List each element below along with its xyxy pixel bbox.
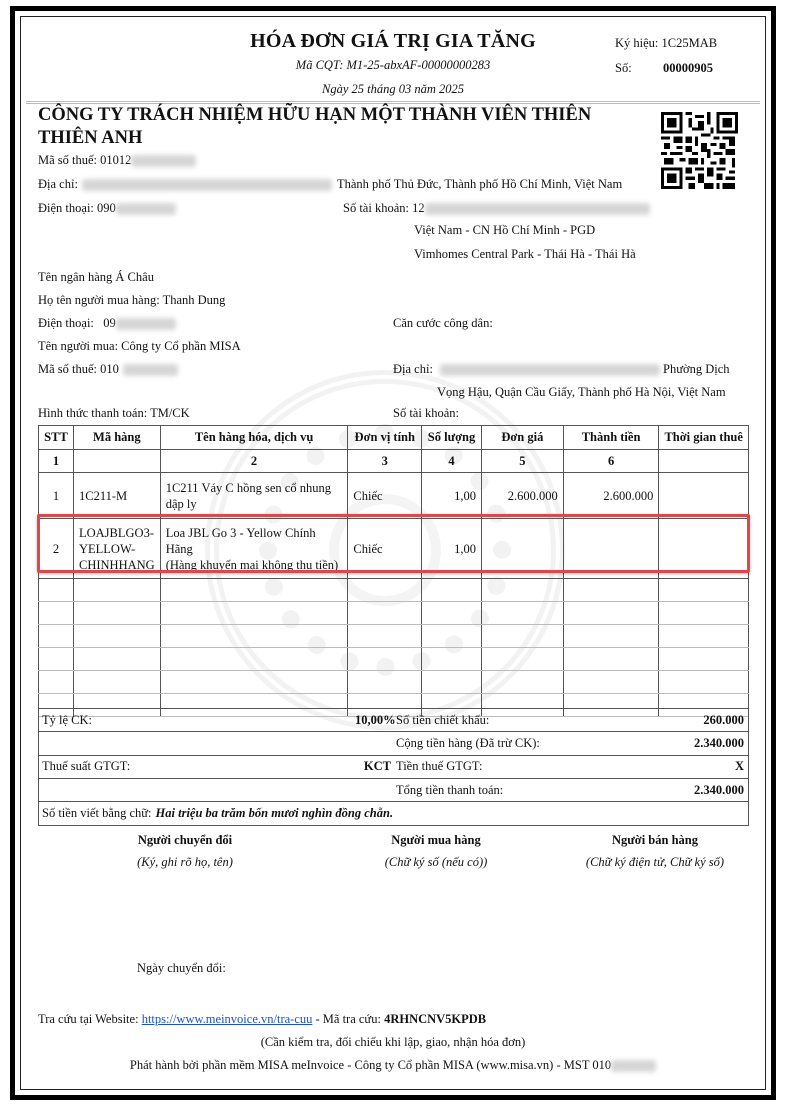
seller-account: Số tài khoản: 12 bbox=[343, 201, 650, 216]
column-header: Đơn giá bbox=[481, 426, 563, 450]
lookup-line: Tra cứu tại Website: https://www.meinvoi… bbox=[38, 1012, 486, 1027]
empty-cell bbox=[348, 579, 422, 602]
seller-company-name: CÔNG TY TRÁCH NHIỆM HỮU HẠN MỘT THÀNH VI… bbox=[38, 104, 648, 150]
cell-stt: 2 bbox=[39, 519, 74, 579]
cell-price bbox=[481, 519, 563, 579]
seller-phone: Điện thoại: 090 bbox=[38, 201, 176, 216]
discount-rate-value: 10,00% bbox=[355, 713, 391, 728]
item-name-line: dập ly bbox=[166, 496, 343, 512]
empty-cell bbox=[563, 602, 659, 625]
empty-cell bbox=[348, 671, 422, 694]
buyer-phone-text: Điện thoại: 09 bbox=[38, 316, 116, 330]
redacted-text bbox=[123, 364, 178, 376]
empty-cell bbox=[563, 625, 659, 648]
seller-tax-code: Mã số thuế: 01012 bbox=[38, 153, 196, 168]
empty-cell bbox=[422, 602, 482, 625]
subtotal-label: Cộng tiền hàng (Đã trừ CK): bbox=[391, 736, 628, 751]
qr-code-icon bbox=[661, 112, 738, 189]
empty-cell bbox=[73, 648, 160, 671]
empty-cell bbox=[39, 648, 74, 671]
column-header: Mã hàng bbox=[73, 426, 160, 450]
item-code-line: LOAJBLGO3- bbox=[79, 525, 155, 541]
column-header: Số lượng bbox=[422, 426, 482, 450]
empty-table-row bbox=[39, 602, 749, 625]
discount-amount-value: 260.000 bbox=[628, 713, 748, 728]
buyer-tax-code: Mã số thuế: 010 bbox=[38, 362, 178, 377]
total-label: Tổng tiền thanh toán: bbox=[391, 783, 628, 798]
redacted-text bbox=[82, 179, 332, 191]
invoice-number-label: Số: bbox=[615, 61, 632, 76]
column-header: Đơn vị tính bbox=[348, 426, 422, 450]
issuer-line: Phát hành bởi phần mềm MISA meInvoice - … bbox=[0, 1058, 786, 1073]
empty-cell bbox=[563, 648, 659, 671]
conversion-date: Ngày chuyển đổi: bbox=[137, 961, 226, 976]
redacted-text bbox=[425, 203, 650, 215]
empty-cell bbox=[659, 625, 749, 648]
cell-price: 2.600.000 bbox=[481, 473, 563, 519]
vat-rate-value: KCT bbox=[355, 759, 391, 774]
empty-rows bbox=[39, 579, 749, 717]
cell-rental bbox=[659, 519, 749, 579]
column-header: Thời gian thuê bbox=[659, 426, 749, 450]
seller-bank-line-1: Việt Nam - CN Hồ Chí Minh - PGD bbox=[414, 223, 595, 238]
cell-code: 1C211-M bbox=[73, 473, 160, 519]
amount-in-words-label: Số tiền viết bằng chữ: bbox=[39, 806, 152, 821]
empty-cell bbox=[422, 671, 482, 694]
empty-cell bbox=[422, 579, 482, 602]
empty-cell bbox=[160, 648, 348, 671]
empty-cell bbox=[73, 625, 160, 648]
cell-qty: 1,00 bbox=[422, 519, 482, 579]
seller-address: Thành phố Thủ Đức, Thành phố Hồ Chí Minh… bbox=[337, 177, 622, 192]
column-number bbox=[659, 450, 749, 473]
buyer-phone: Điện thoại: 09 bbox=[38, 316, 176, 331]
empty-cell bbox=[422, 625, 482, 648]
converter-title: Người chuyển đổi bbox=[105, 833, 265, 848]
column-number bbox=[73, 450, 160, 473]
buyer-signature-subtitle: (Chữ ký số (nếu có)) bbox=[356, 855, 516, 870]
column-number-row: 1 2 3 4 5 6 bbox=[39, 450, 749, 473]
cell-amount bbox=[563, 519, 659, 579]
empty-cell bbox=[481, 625, 563, 648]
buyer-citizen-id: Căn cước công dân: bbox=[393, 316, 493, 331]
cell-name: 1C211 Váy C hồng sen cổ nhung dập ly bbox=[160, 473, 348, 519]
buyer-tax-code-text: Mã số thuế: 010 bbox=[38, 362, 119, 376]
buyer-account: Số tài khoản: bbox=[393, 406, 459, 421]
empty-cell bbox=[160, 671, 348, 694]
empty-cell bbox=[160, 602, 348, 625]
seller-signature-subtitle: (Chữ ký điện tử, Chữ ký số) bbox=[555, 855, 755, 870]
seller-tax-code-text: Mã số thuế: 01012 bbox=[38, 153, 131, 167]
subtotal-value: 2.340.000 bbox=[628, 736, 748, 751]
item-name-line: Hãng bbox=[166, 541, 343, 557]
summary-row-total: Tổng tiền thanh toán: 2.340.000 bbox=[39, 779, 748, 802]
cell-stt: 1 bbox=[39, 473, 74, 519]
seller-bank-line-2: Vimhomes Central Park - Thái Hà - Thái H… bbox=[414, 247, 636, 262]
discount-amount-label: Số tiền chiết khấu: bbox=[391, 713, 628, 728]
empty-cell bbox=[481, 671, 563, 694]
buyer-address-label: Địa chỉ: bbox=[393, 362, 433, 377]
empty-cell bbox=[160, 625, 348, 648]
lookup-prefix: Tra cứu tại Website: bbox=[38, 1012, 139, 1026]
check-note: (Cần kiểm tra, đối chiếu khi lập, giao, … bbox=[0, 1035, 786, 1050]
lookup-code-label: - Mã tra cứu: bbox=[316, 1012, 381, 1026]
buyer-company: Tên người mua: Công ty Cổ phần MISA bbox=[38, 339, 241, 354]
lookup-code: 4RHNCNV5KPDB bbox=[384, 1012, 486, 1026]
empty-cell bbox=[659, 602, 749, 625]
empty-cell bbox=[422, 648, 482, 671]
summary-row-discount: Tỷ lệ CK: 10,00% Số tiền chiết khấu: 260… bbox=[39, 709, 748, 732]
vat-amount-value: X bbox=[628, 759, 748, 774]
empty-cell bbox=[481, 648, 563, 671]
cell-rental bbox=[659, 473, 749, 519]
issuer-text: Phát hành bởi phần mềm MISA meInvoice - … bbox=[130, 1058, 611, 1072]
redacted-text bbox=[440, 364, 660, 376]
summary-block: Tỷ lệ CK: 10,00% Số tiền chiết khấu: 260… bbox=[38, 708, 749, 826]
discount-rate-label: Tỷ lệ CK: bbox=[39, 713, 355, 728]
summary-row-subtotal: Cộng tiền hàng (Đã trừ CK): 2.340.000 bbox=[39, 732, 748, 755]
table-row: 1 1C211-M 1C211 Váy C hồng sen cổ nhung … bbox=[39, 473, 749, 519]
column-number: 3 bbox=[348, 450, 422, 473]
empty-cell bbox=[73, 579, 160, 602]
redacted-text bbox=[611, 1060, 656, 1072]
lookup-link[interactable]: https://www.meinvoice.vn/tra-cuu bbox=[142, 1012, 313, 1026]
column-number: 6 bbox=[563, 450, 659, 473]
seller-phone-text: Điện thoại: 090 bbox=[38, 201, 116, 215]
item-name-line: 1C211 Váy C hồng sen cổ nhung bbox=[166, 480, 343, 496]
seller-signature-title: Người bán hàng bbox=[555, 833, 755, 848]
empty-table-row bbox=[39, 625, 749, 648]
empty-cell bbox=[563, 579, 659, 602]
buyer-address-part-1: Phường Dịch bbox=[663, 362, 730, 377]
redacted-text bbox=[116, 203, 176, 215]
table-header-row: STT Mã hàng Tên hàng hóa, dịch vụ Đơn vị… bbox=[39, 426, 749, 450]
vat-amount-label: Tiền thuế GTGT: bbox=[391, 759, 628, 774]
cell-unit: Chiếc bbox=[348, 473, 422, 519]
vat-rate-label: Thuế suất GTGT: bbox=[39, 759, 355, 774]
amount-in-words-value: Hai triệu ba trăm bốn mươi nghìn đồng ch… bbox=[152, 806, 394, 821]
empty-table-row bbox=[39, 579, 749, 602]
column-number: 1 bbox=[39, 450, 74, 473]
empty-cell bbox=[39, 579, 74, 602]
column-number: 2 bbox=[160, 450, 348, 473]
empty-cell bbox=[39, 671, 74, 694]
empty-cell bbox=[160, 579, 348, 602]
table-row: 2 LOAJBLGO3- YELLOW- CHINHHANG Loa JBL G… bbox=[39, 519, 749, 579]
empty-cell bbox=[481, 579, 563, 602]
total-value: 2.340.000 bbox=[628, 783, 748, 798]
item-code-line: CHINHHANG bbox=[79, 557, 155, 573]
cell-amount: 2.600.000 bbox=[563, 473, 659, 519]
items-table: STT Mã hàng Tên hàng hóa, dịch vụ Đơn vị… bbox=[38, 425, 749, 717]
buyer-name: Họ tên người mua hàng: Thanh Dung bbox=[38, 293, 225, 308]
column-number: 5 bbox=[481, 450, 563, 473]
seller-bank-name: Tên ngân hàng Á Châu bbox=[38, 270, 154, 285]
empty-table-row bbox=[39, 671, 749, 694]
empty-cell bbox=[348, 625, 422, 648]
cell-name: Loa JBL Go 3 - Yellow Chính Hãng (Hàng k… bbox=[160, 519, 348, 579]
empty-cell bbox=[73, 671, 160, 694]
empty-cell bbox=[481, 602, 563, 625]
converter-subtitle: (Ký, ghi rõ họ, tên) bbox=[105, 855, 265, 870]
column-header: Tên hàng hóa, dịch vụ bbox=[160, 426, 348, 450]
column-number: 4 bbox=[422, 450, 482, 473]
empty-cell bbox=[659, 579, 749, 602]
cell-code: LOAJBLGO3- YELLOW- CHINHHANG bbox=[73, 519, 160, 579]
empty-table-row bbox=[39, 648, 749, 671]
column-header: Thành tiền bbox=[563, 426, 659, 450]
redacted-text bbox=[116, 318, 176, 330]
item-name-line: Loa JBL Go 3 - Yellow Chính bbox=[166, 525, 343, 541]
payment-method: Hình thức thanh toán: TM/CK bbox=[38, 406, 190, 421]
summary-row-vat: Thuế suất GTGT: KCT Tiền thuế GTGT: X bbox=[39, 756, 748, 779]
empty-cell bbox=[73, 602, 160, 625]
invoice-date: Ngày 25 tháng 03 năm 2025 bbox=[0, 82, 786, 97]
item-code-line: YELLOW- bbox=[79, 541, 155, 557]
summary-row-in-words: Số tiền viết bằng chữ: Hai triệu ba trăm… bbox=[39, 802, 748, 825]
empty-cell bbox=[39, 625, 74, 648]
buyer-signature-title: Người mua hàng bbox=[356, 833, 516, 848]
invoice-number: 00000905 bbox=[663, 61, 713, 76]
empty-cell bbox=[563, 671, 659, 694]
empty-cell bbox=[348, 648, 422, 671]
seller-account-text: Số tài khoản: 12 bbox=[343, 201, 425, 215]
empty-cell bbox=[348, 602, 422, 625]
cell-unit: Chiếc bbox=[348, 519, 422, 579]
column-header: STT bbox=[39, 426, 74, 450]
seller-address-label: Địa chỉ: bbox=[38, 177, 78, 192]
redacted-text bbox=[131, 155, 196, 167]
empty-cell bbox=[659, 671, 749, 694]
invoice-symbol: Ký hiệu: 1C25MAB bbox=[615, 36, 717, 51]
item-name-line: (Hàng khuyến mại không thu tiền) bbox=[166, 557, 343, 573]
empty-cell bbox=[659, 648, 749, 671]
buyer-address-part-2: Vọng Hậu, Quận Cầu Giấy, Thành phố Hà Nộ… bbox=[437, 385, 726, 400]
cell-qty: 1,00 bbox=[422, 473, 482, 519]
empty-cell bbox=[39, 602, 74, 625]
